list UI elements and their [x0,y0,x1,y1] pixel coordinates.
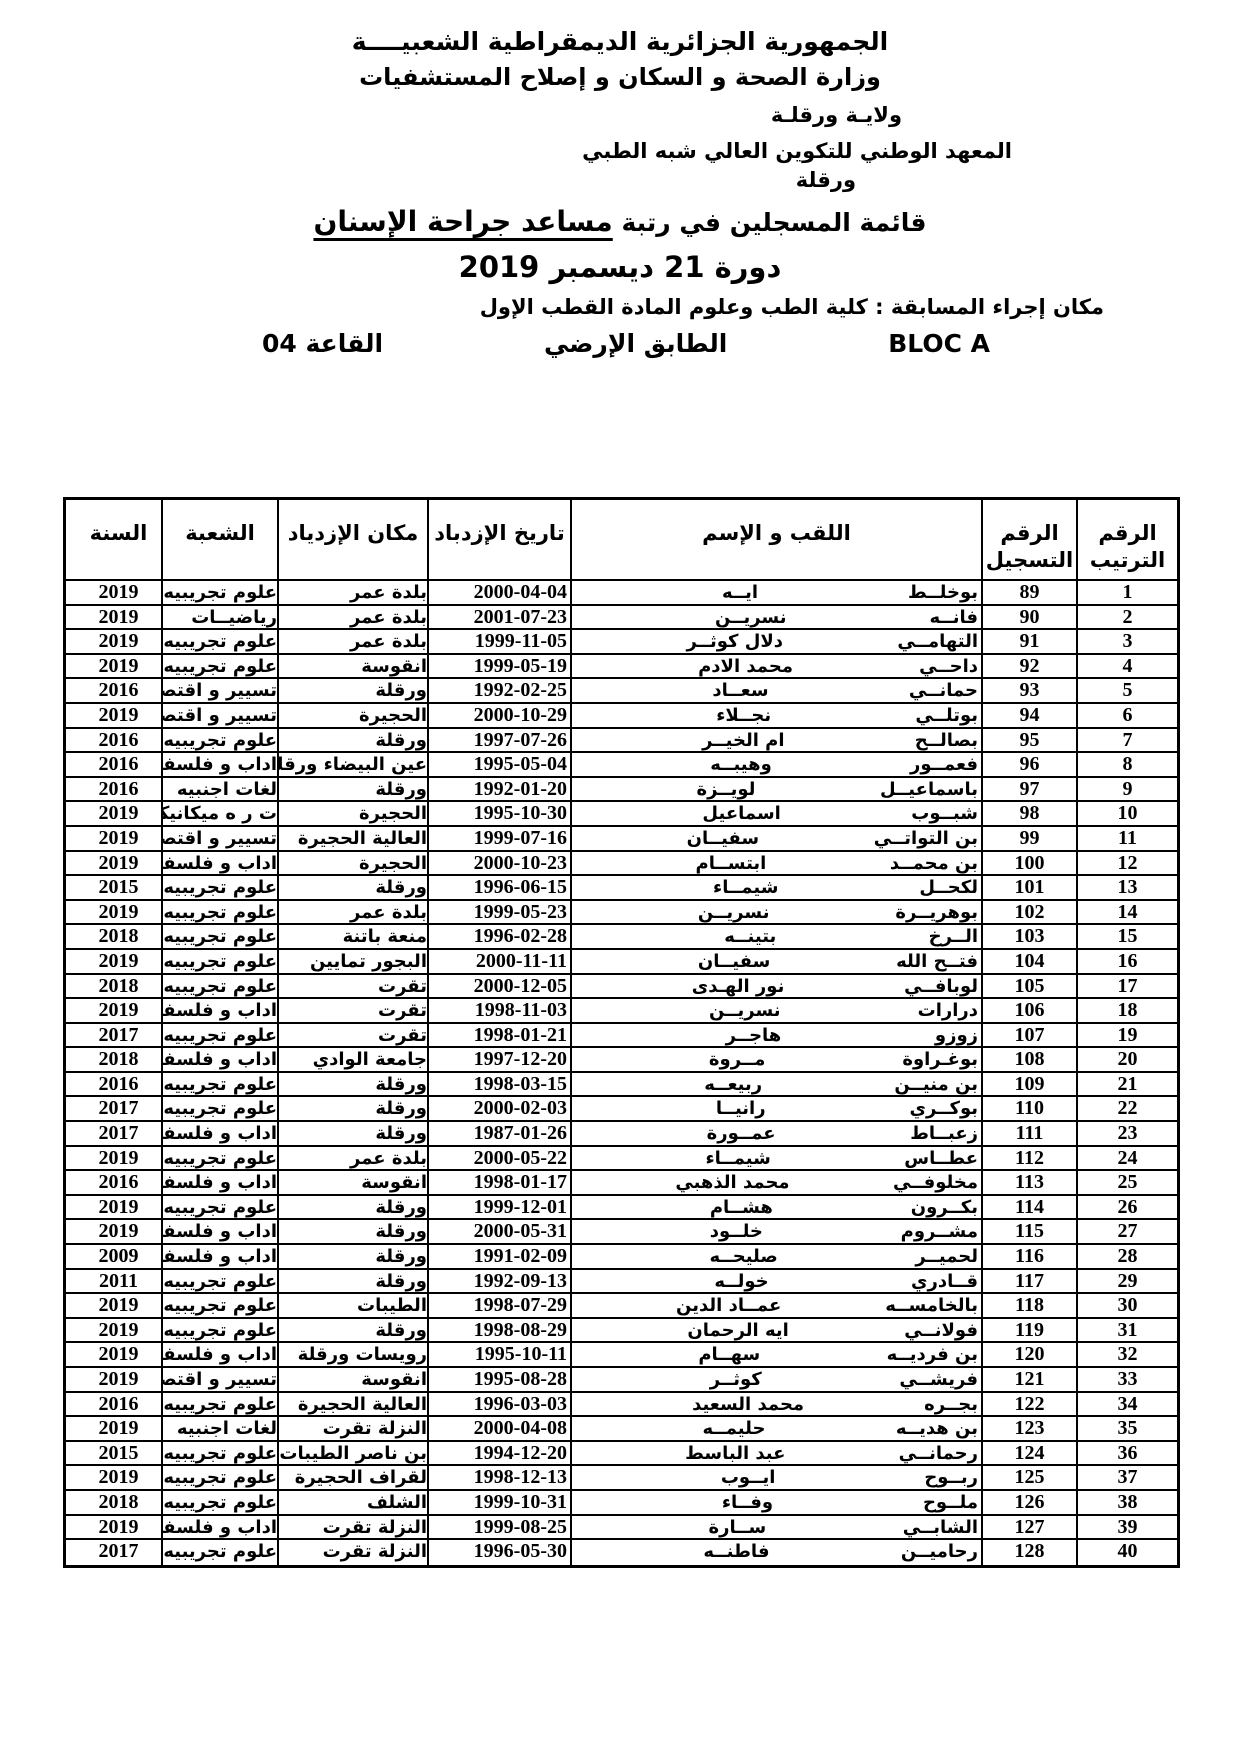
year-cell: 2019 [76,1417,161,1440]
branch-cell: اداب و فلسفه [161,1245,277,1268]
name-cell: الشابــيســارة [570,1516,981,1539]
birth-date-cell: 2000-05-31 [427,1220,570,1243]
registration-number-cell: 114 [981,1196,1076,1219]
surname: فتــح الله [896,950,978,973]
year-cell: 2019 [76,581,161,604]
registration-number-cell: 102 [981,901,1076,924]
table-row: 896فعمــوروهيبــه1995-05-04عين البيضاء و… [66,753,1177,778]
rank-cell: 36 [1076,1442,1177,1465]
birth-date-cell: 1994-12-20 [427,1442,570,1465]
registration-number-header: الرقم التسجيل [981,500,1076,579]
branch-cell: علوم تجريبيه [161,1540,277,1565]
surname: فانــه [929,606,978,629]
registration-number-cell: 96 [981,753,1076,776]
year-cell: 2019 [76,802,161,825]
rank-cell: 16 [1076,950,1177,973]
year-cell: 2009 [76,1245,161,1268]
branch-cell: علوم تجريبيه [161,950,277,973]
surname: بوغـراوة [902,1048,978,1071]
registration-number-cell: 122 [981,1393,1076,1416]
table-row: 30118بالخامســهعمــاد الدين1998-07-29الط… [66,1294,1177,1319]
name-cell: رحاميــنفاطنــه [570,1540,981,1565]
branch-cell: ت ر ه ميكانيكية [161,802,277,825]
floor-label: الطابق الإرضي [544,323,727,365]
table-row: 23111زعبــاطعمــورة1987-01-26ورقلةاداب و… [66,1122,1177,1147]
given-name: مــروة [572,1048,902,1071]
surname: بوهريــرة [895,901,978,924]
birth-date-cell: 1998-01-21 [427,1024,570,1047]
birth-place-cell: النزلة تقرت [277,1417,427,1440]
name-cell: بالخامســهعمــاد الدين [570,1294,981,1317]
branch-cell: علوم تجريبيه [161,1294,277,1317]
table-row: 27115مشــرومخلــود2000-05-31ورقلةاداب و … [66,1220,1177,1245]
year-cell: 2011 [76,1270,161,1293]
given-name: لويــزة [572,778,880,801]
birth-date-cell: 1998-08-29 [427,1319,570,1342]
table-row: 38126ملــوحوفــاء1999-10-31الشلفعلوم تجر… [66,1491,1177,1516]
branch-cell: رياضيــات [161,606,277,629]
registration-number-cell: 111 [981,1122,1076,1145]
surname: بن فرديــه [887,1343,978,1366]
birth-place-cell: النزلة تقرت [277,1516,427,1539]
branch-cell: علوم تجريبيه [161,1073,277,1096]
registration-number-cell: 95 [981,729,1076,752]
given-name: محمد الادم [572,655,919,678]
registration-number-cell: 118 [981,1294,1076,1317]
birth-date-cell: 1995-10-11 [427,1343,570,1366]
branch-cell: اداب و فلسفه [161,1516,277,1539]
birth-date-cell: 1999-05-23 [427,901,570,924]
given-name: وهيبــه [572,753,910,776]
table-row: 29117قــادريخولــه1992-09-13ورقلةعلوم تج… [66,1270,1177,1295]
table-row: 26114بكــرونهشــام1999-12-01ورقلةعلوم تج… [66,1196,1177,1221]
surname: بالخامســه [885,1294,978,1317]
name-cell: فانــهنسريــن [570,606,981,629]
surname: بوتلــي [915,704,978,727]
rank-header: الرقم الترتيب [1076,500,1177,579]
branch-cell: علوم تجريبيه [161,1466,277,1489]
branch-cell: تسيير و اقتصاد [161,827,277,850]
rank-cell: 10 [1076,802,1177,825]
table-row: 13101لكحــلشيمــاء1996-06-15ورقلةعلوم تج… [66,876,1177,901]
registration-number-cell: 116 [981,1245,1076,1268]
surname: لكحــل [919,876,978,899]
table-row: 189بوخلــطايــه2000-04-04بلدة عمرعلوم تج… [66,581,1177,606]
surname: الشابــي [903,1516,978,1539]
birth-place-cell: النزلة تقرت [277,1540,427,1565]
name-header: اللقب و الإسم [570,500,981,579]
table-row: 22110بوكــريرانيــا2000-02-03ورقلةعلوم ت… [66,1097,1177,1122]
birth-place-cell: الحجيرة [277,802,427,825]
year-cell: 2017 [76,1024,161,1047]
list-title: قائمة المسجلين في رتبة مساعد جراحة الإسن… [0,198,1240,247]
branch-cell: علوم تجريبيه [161,1319,277,1342]
rank-cell: 5 [1076,679,1177,702]
surname: فريشــي [899,1368,978,1391]
given-name: عمــاد الدين [572,1294,885,1317]
branch-cell: اداب و فلسفه [161,1220,277,1243]
table-row: 19107زوزوهاجــر1998-01-21تقرتعلوم تجريبي… [66,1024,1177,1049]
registration-number-cell: 125 [981,1466,1076,1489]
name-cell: فتــح اللهسفيــان [570,950,981,973]
birth-date-cell: 1987-01-26 [427,1122,570,1145]
table-row: 20108بوغـراوةمــروة1997-12-20جامعة الواد… [66,1048,1177,1073]
year-cell: 2019 [76,852,161,875]
name-cell: قــادريخولــه [570,1270,981,1293]
registration-number-cell: 92 [981,655,1076,678]
table-body: 189بوخلــطايــه2000-04-04بلدة عمرعلوم تج… [66,581,1177,1565]
surname: فولانــي [904,1319,978,1342]
branch-cell: علوم تجريبيه [161,1442,277,1465]
given-name: ســارة [572,1516,903,1539]
name-cell: التهامــيدلال كوثــر [570,630,981,653]
birth-date-cell: 1991-02-09 [427,1245,570,1268]
table-row: 35123بن هديــهحليمــه2000-04-08النزلة تق… [66,1417,1177,1442]
given-name: نور الهـدى [572,975,904,998]
given-name: ايــوب [572,1466,924,1489]
year-cell: 2019 [76,1196,161,1219]
table-row: 25113مخلوفــيمحمد الذهبي1998-01-17انقوسة… [66,1171,1177,1196]
registration-number-cell: 98 [981,802,1076,825]
surname: بصالــح [915,729,978,752]
table-row: 17105لوبافــينور الهـدى2000-12-05تقرتعلو… [66,975,1177,1000]
year-cell: 2019 [76,950,161,973]
year-cell: 2016 [76,729,161,752]
surname: مخلوفــي [893,1171,978,1194]
table-row: 290فانــهنسريــن2001-07-23بلدة عمررياضيـ… [66,606,1177,631]
surname: بن التواتــي [874,827,978,850]
birth-date-cell: 1995-08-28 [427,1368,570,1391]
rank-cell: 28 [1076,1245,1177,1268]
given-name: سفيــان [572,950,896,973]
year-cell: 2019 [76,1516,161,1539]
registration-number-cell: 91 [981,630,1076,653]
branch-cell: لغات اجنبيه [161,778,277,801]
surname: رحمانــي [899,1442,978,1465]
name-cell: فريشــيكوثــر [570,1368,981,1391]
document-page: { "colors": { "ink": "#000000", "paper":… [0,0,1240,1754]
given-name: هشــام [572,1196,911,1219]
surname: بكــرون [911,1196,978,1219]
name-cell: ملــوحوفــاء [570,1491,981,1514]
name-cell: ربــوحايــوب [570,1466,981,1489]
birth-place-cell: بلدة عمر [277,606,427,629]
table-row: 24112عطــاسشيمــاء2000-05-22بلدة عمرعلوم… [66,1147,1177,1172]
birth-date-cell: 2000-10-29 [427,704,570,727]
birth-place-cell: بلدة عمر [277,1147,427,1170]
birth-place-header: مكان الإزدياد [277,500,427,579]
rank-cell: 19 [1076,1024,1177,1047]
rank-cell: 30 [1076,1294,1177,1317]
birth-place-cell: رويسات ورقلة [277,1343,427,1366]
rank-cell: 18 [1076,999,1177,1022]
name-cell: بصالــحام الخيــر [570,729,981,752]
branch-cell: لغات اجنبيه [161,1417,277,1440]
birth-place-cell: الطيبات [277,1294,427,1317]
rank-cell: 34 [1076,1393,1177,1416]
birth-place-cell: عين البيضاء ورقلة [277,753,427,776]
birth-date-cell: 1995-05-04 [427,753,570,776]
year-cell: 2017 [76,1122,161,1145]
birth-place-cell: بلدة عمر [277,901,427,924]
given-name: دلال كوثــر [572,630,897,653]
birth-place-cell: ورقلة [277,1220,427,1243]
branch-cell: علوم تجريبيه [161,876,277,899]
branch-cell: علوم تجريبيه [161,1147,277,1170]
name-cell: فعمــوروهيبــه [570,753,981,776]
rank-cell: 40 [1076,1540,1177,1565]
birth-date-cell: 2000-04-04 [427,581,570,604]
table-row: 492داحــيمحمد الادم1999-05-19انقوسةعلوم … [66,655,1177,680]
table-row: 14102بوهريــرةنسريــن1999-05-23بلدة عمرع… [66,901,1177,926]
rank-cell: 22 [1076,1097,1177,1120]
registration-table: الرقم الترتيب الرقم التسجيل اللقب و الإس… [63,497,1180,1568]
given-name: نسريــن [572,606,929,629]
branch-cell: تسيير و اقتصاد [161,704,277,727]
name-cell: لحميــرصليحــه [570,1245,981,1268]
republic-title: الجمهورية الجزائرية الديمقراطية الشعبيــ… [0,24,1240,60]
birth-place-cell: ورقلة [277,1073,427,1096]
table-row: 34122بجــرهمحمد السعيد1996-03-03العالية … [66,1393,1177,1418]
wilaya-line: ولايـة ورقلـة [0,100,1240,130]
table-row: 694بوتلــينجــلاء2000-10-29الحجيرةتسيير … [66,704,1177,729]
registration-number-cell: 104 [981,950,1076,973]
name-cell: بن التواتــيسفيــان [570,827,981,850]
birth-place-cell: ورقلة [277,1196,427,1219]
branch-cell: اداب و فلسفه [161,1122,277,1145]
table-row: 1098شبــوباسماعيل1995-10-30الحجيرةت ر ه … [66,802,1177,827]
name-cell: رحمانــيعبد الباسط [570,1442,981,1465]
surname: بن منيــن [894,1073,978,1096]
birth-date-cell: 1996-02-28 [427,925,570,948]
birth-place-cell: تقرت [277,975,427,998]
given-name: عبد الباسط [572,1442,899,1465]
surname: زعبــاط [910,1122,978,1145]
birth-date-cell: 2000-12-05 [427,975,570,998]
rank-cell: 6 [1076,704,1177,727]
surname: ملــوح [923,1491,978,1514]
registration-number-cell: 103 [981,925,1076,948]
year-cell: 2019 [76,655,161,678]
birth-date-cell: 1992-01-20 [427,778,570,801]
surname: بوخلــط [908,581,978,604]
birth-place-cell: العالية الحجيرة [277,1393,427,1416]
name-cell: حمانــيسعــاد [570,679,981,702]
name-cell: بوهريــرةنسريــن [570,901,981,924]
given-name: ايه الرحمان [572,1319,904,1342]
table-row: 40128رحاميــنفاطنــه1996-05-30النزلة تقر… [66,1540,1177,1565]
name-cell: باسماعيــللويــزة [570,778,981,801]
birth-date-cell: 1999-12-01 [427,1196,570,1219]
given-name: خولــه [572,1270,911,1293]
name-cell: شبــوباسماعيل [570,802,981,825]
birth-date-cell: 2000-10-23 [427,852,570,875]
branch-cell: علوم تجريبيه [161,1491,277,1514]
rank-cell: 38 [1076,1491,1177,1514]
table-row: 12100بن محمــدابتســام2000-10-23الحجيرةا… [66,852,1177,877]
registration-number-cell: 120 [981,1343,1076,1366]
surname: رحاميــن [901,1540,978,1565]
birth-place-cell: بلدة عمر [277,630,427,653]
year-cell: 2019 [76,1319,161,1342]
name-cell: بن فرديــهسهــام [570,1343,981,1366]
given-name: فاطنــه [572,1540,901,1565]
given-name: ابتســام [572,852,890,875]
registration-number-cell: 124 [981,1442,1076,1465]
table-row: 36124رحمانــيعبد الباسط1994-12-20بن ناصر… [66,1442,1177,1467]
rank-cell: 31 [1076,1319,1177,1342]
name-cell: عطــاسشيمــاء [570,1147,981,1170]
year-cell: 2016 [76,1171,161,1194]
year-cell: 2017 [76,1097,161,1120]
location-line: مكان إجراء المسابقة : كلية الطب وعلوم ال… [0,291,1240,323]
rank-cell: 25 [1076,1171,1177,1194]
table-row: 391التهامــيدلال كوثــر1999-11-05بلدة عم… [66,630,1177,655]
surname: حمانــي [909,679,978,702]
name-cell: بن منيــنربيعــه [570,1073,981,1096]
given-name: سفيــان [572,827,874,850]
birth-date-cell: 1998-07-29 [427,1294,570,1317]
given-name: حليمــه [572,1417,896,1440]
rank-cell: 17 [1076,975,1177,998]
year-cell: 2019 [76,704,161,727]
name-cell: لكحــلشيمــاء [570,876,981,899]
given-name: سهــام [572,1343,887,1366]
registration-number-cell: 94 [981,704,1076,727]
birth-date-cell: 2000-04-08 [427,1417,570,1440]
table-row: 31119فولانــيايه الرحمان1998-08-29ورقلةع… [66,1319,1177,1344]
birth-date-cell: 1996-05-30 [427,1540,570,1565]
birth-place-cell: ورقلة [277,729,427,752]
birth-place-cell: الحجيرة [277,704,427,727]
table-row: 1199بن التواتــيسفيــان1999-07-16العالية… [66,827,1177,852]
city-line: ورقلة [0,166,1240,194]
rank-cell: 39 [1076,1516,1177,1539]
birth-place-cell: ورقلة [277,679,427,702]
birth-date-cell: 2001-07-23 [427,606,570,629]
birth-place-cell: بلدة عمر [277,581,427,604]
registration-number-cell: 123 [981,1417,1076,1440]
birth-date-cell: 1999-07-16 [427,827,570,850]
given-name: بتينــه [572,925,929,948]
given-name: وفــاء [572,1491,923,1514]
name-cell: بكــرونهشــام [570,1196,981,1219]
year-cell: 2019 [76,999,161,1022]
name-cell: بوغـراوةمــروة [570,1048,981,1071]
birth-date-cell: 1997-12-20 [427,1048,570,1071]
branch-cell: علوم تجريبيه [161,1393,277,1416]
year-cell: 2019 [76,1147,161,1170]
year-cell: 2015 [76,876,161,899]
given-name: محمد السعيد [572,1393,924,1416]
registration-number-cell: 93 [981,679,1076,702]
registration-number-cell: 99 [981,827,1076,850]
rank-cell: 29 [1076,1270,1177,1293]
year-cell: 2016 [76,1073,161,1096]
rank-cell: 37 [1076,1466,1177,1489]
given-name: اسماعيل [572,802,911,825]
birth-date-cell: 1998-01-17 [427,1171,570,1194]
given-name: صليحــه [572,1245,915,1268]
birth-place-cell: الشلف [277,1491,427,1514]
surname: بوكــري [909,1097,978,1120]
registration-number-cell: 107 [981,1024,1076,1047]
birth-date-cell: 1998-03-15 [427,1073,570,1096]
name-cell: بن هديــهحليمــه [570,1417,981,1440]
given-name: شيمــاء [572,1147,904,1170]
branch-cell: اداب و فلسفه [161,1171,277,1194]
rank-cell: 11 [1076,827,1177,850]
surname: فعمــور [910,753,978,776]
birth-place-cell: ورقلة [277,1245,427,1268]
birth-date-cell: 1999-10-31 [427,1491,570,1514]
registration-number-cell: 117 [981,1270,1076,1293]
rank-cell: 12 [1076,852,1177,875]
branch-cell: علوم تجريبيه [161,581,277,604]
rank-cell: 13 [1076,876,1177,899]
birth-date-cell: 1998-12-13 [427,1466,570,1489]
registration-number-cell: 121 [981,1368,1076,1391]
rank-cell: 9 [1076,778,1177,801]
name-cell: بوتلــينجــلاء [570,704,981,727]
given-name: سعــاد [572,679,909,702]
table-row: 16104فتــح اللهسفيــان2000-11-11البجور ت… [66,950,1177,975]
birth-place-cell: انقوسة [277,655,427,678]
registration-number-cell: 106 [981,999,1076,1022]
birth-place-cell: الحجيرة [277,852,427,875]
surname: بجــره [924,1393,978,1416]
table-row: 32120بن فرديــهسهــام1995-10-11رويسات ور… [66,1343,1177,1368]
birth-date-cell: 1992-09-13 [427,1270,570,1293]
surname: لوبافــي [904,975,978,998]
surname: ربــوح [924,1466,978,1489]
branch-cell: علوم تجريبيه [161,925,277,948]
registration-number-cell: 119 [981,1319,1076,1342]
room-label: القاعة 04 [262,323,383,365]
year-cell: 2015 [76,1442,161,1465]
registration-number-cell: 113 [981,1171,1076,1194]
birth-place-cell: البجور تمايين [277,950,427,973]
table-row: 997باسماعيــللويــزة1992-01-20ورقلةلغات … [66,778,1177,803]
table-row: 37125ربــوحايــوب1998-12-13لقراف الحجيرة… [66,1466,1177,1491]
registration-number-cell: 110 [981,1097,1076,1120]
table-row: 28116لحميــرصليحــه1991-02-09ورقلةاداب و… [66,1245,1177,1270]
name-cell: بجــرهمحمد السعيد [570,1393,981,1416]
registration-number-cell: 109 [981,1073,1076,1096]
session-title: دورة 21 ديسمبر 2019 [0,247,1240,287]
name-cell: فولانــيايه الرحمان [570,1319,981,1342]
given-name: ايــه [572,581,908,604]
birth-date-cell: 1999-11-05 [427,630,570,653]
birth-date-cell: 1999-05-19 [427,655,570,678]
given-name: خلــود [572,1220,901,1243]
branch-cell: علوم تجريبيه [161,1024,277,1047]
year-cell: 2016 [76,753,161,776]
birth-place-cell: تقرت [277,999,427,1022]
year-cell: 2019 [76,1368,161,1391]
year-cell: 2019 [76,827,161,850]
branch-cell: اداب و فلسفه [161,999,277,1022]
branch-cell: علوم تجريبيه [161,630,277,653]
rank-cell: 7 [1076,729,1177,752]
rank-cell: 20 [1076,1048,1177,1071]
branch-header: الشعبة [161,500,277,579]
birth-date-cell: 2000-05-22 [427,1147,570,1170]
birth-place-cell: ورقلة [277,1097,427,1120]
name-cell: زوزوهاجــر [570,1024,981,1047]
year-cell: 2017 [76,1540,161,1565]
branch-cell: علوم تجريبيه [161,655,277,678]
